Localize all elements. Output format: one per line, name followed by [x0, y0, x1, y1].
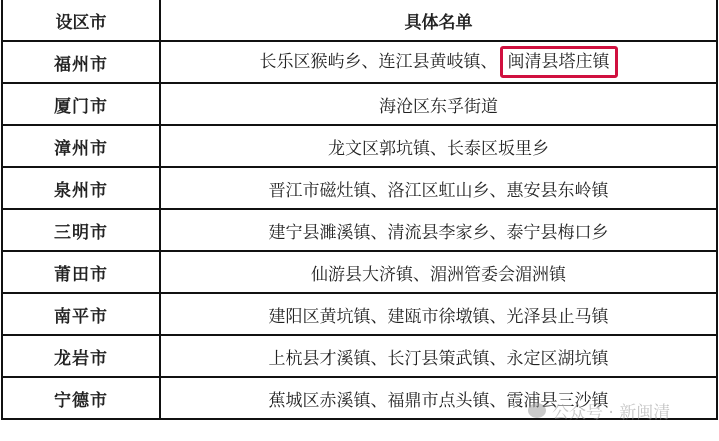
- names-cell: 建阳区黄坑镇、建瓯市徐墩镇、光泽县止马镇: [160, 293, 717, 335]
- names-text: 长乐区猴屿乡、连江县黄岐镇、: [260, 52, 498, 72]
- names-cell: 建宁县濉溪镇、清流县李家乡、泰宁县梅口乡: [160, 209, 717, 251]
- header-row: 设区市 具体名单: [2, 0, 717, 41]
- city-cell: 泉州市: [2, 167, 160, 209]
- names-cell: 上杭县才溪镇、长汀县策武镇、永定区湖坑镇: [160, 335, 717, 377]
- header-names: 具体名单: [160, 0, 717, 41]
- names-cell: 晋江市磁灶镇、洛江区虹山乡、惠安县东岭镇: [160, 167, 717, 209]
- city-cell: 莆田市: [2, 251, 160, 293]
- table-row: 三明市 建宁县濉溪镇、清流县李家乡、泰宁县梅口乡: [2, 209, 717, 251]
- names-cell: 蕉城区赤溪镇、福鼎市点头镇、霞浦县三沙镇: [160, 377, 717, 419]
- city-cell: 三明市: [2, 209, 160, 251]
- table-row: 宁德市 蕉城区赤溪镇、福鼎市点头镇、霞浦县三沙镇: [2, 377, 717, 419]
- highlighted-town: 闽清县塔庄镇: [500, 46, 618, 78]
- table-row: 南平市 建阳区黄坑镇、建瓯市徐墩镇、光泽县止马镇: [2, 293, 717, 335]
- table-row: 泉州市 晋江市磁灶镇、洛江区虹山乡、惠安县东岭镇: [2, 167, 717, 209]
- names-cell: 仙游县大济镇、湄洲管委会湄洲镇: [160, 251, 717, 293]
- table-row: 福州市 长乐区猴屿乡、连江县黄岐镇、闽清县塔庄镇: [2, 41, 717, 83]
- town-list-table: 设区市 具体名单 福州市 长乐区猴屿乡、连江县黄岐镇、闽清县塔庄镇 厦门市 海沧…: [1, 0, 718, 420]
- names-cell: 龙文区郭坑镇、长泰区坂里乡: [160, 125, 717, 167]
- table-row: 莆田市 仙游县大济镇、湄洲管委会湄洲镇: [2, 251, 717, 293]
- city-cell: 厦门市: [2, 83, 160, 125]
- city-cell: 龙岩市: [2, 335, 160, 377]
- city-cell: 漳州市: [2, 125, 160, 167]
- table-row: 龙岩市 上杭县才溪镇、长汀县策武镇、永定区湖坑镇: [2, 335, 717, 377]
- table-row: 厦门市 海沧区东孚街道: [2, 83, 717, 125]
- names-cell: 海沧区东孚街道: [160, 83, 717, 125]
- city-cell: 南平市: [2, 293, 160, 335]
- city-cell: 宁德市: [2, 377, 160, 419]
- header-city: 设区市: [2, 0, 160, 41]
- city-cell: 福州市: [2, 41, 160, 83]
- names-cell: 长乐区猴屿乡、连江县黄岐镇、闽清县塔庄镇: [160, 41, 717, 83]
- table-row: 漳州市 龙文区郭坑镇、长泰区坂里乡: [2, 125, 717, 167]
